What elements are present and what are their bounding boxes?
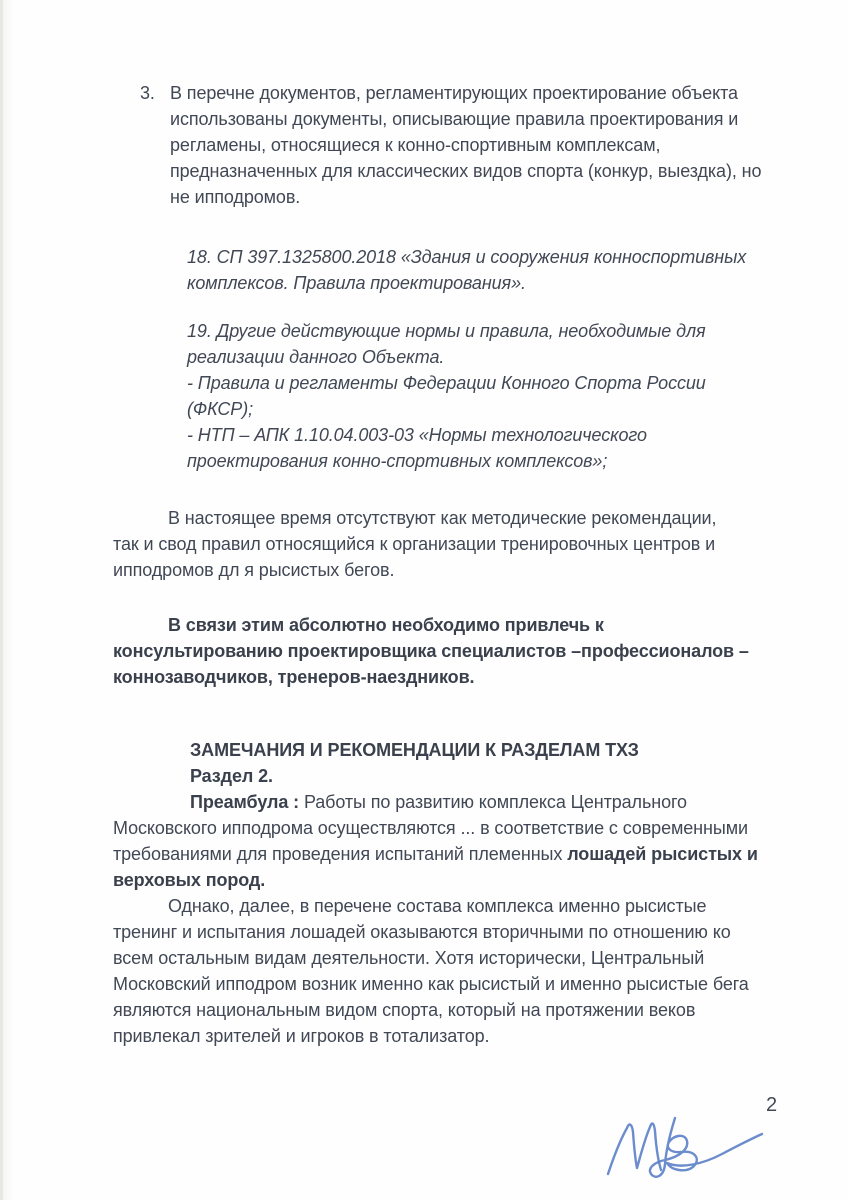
scan-edge-artifact xyxy=(0,0,3,1200)
paragraph-preambula: Преамбула : Работы по развитию комплекса… xyxy=(113,789,813,893)
list-item-3: 3. В перечне документов, регламентирующи… xyxy=(140,80,813,210)
quoted-norm-18: 18. СП 397.1325800.2018 «Здания и сооруж… xyxy=(187,244,813,296)
list-item-text: В перечне документов, регламентирующих п… xyxy=(170,80,813,210)
preambula-label: Преамбула : xyxy=(190,792,304,812)
subsection-heading: Раздел 2. xyxy=(190,763,813,789)
handwritten-signature-icon xyxy=(596,1096,768,1180)
document-page: 3. В перечне документов, регламентирующи… xyxy=(0,0,849,1200)
paragraph-current-state: В настоящее время отсутствуют как методи… xyxy=(113,505,813,583)
section-heading: ЗАМЕЧАНИЯ И РЕКОМЕНДАЦИИ К РАЗДЕЛАМ ТХЗ xyxy=(190,737,813,763)
signature-stroke-b xyxy=(650,1118,762,1177)
quoted-norm-19: 19. Другие действующие нормы и правила, … xyxy=(187,318,813,474)
paragraph-odnako: Однако, далее, в перечене состава компле… xyxy=(113,893,813,1049)
paragraph-recommendation-bold: В связи этим абсолютно необходимо привле… xyxy=(113,612,813,690)
document-body: 3. В перечне документов, регламентирующи… xyxy=(113,80,813,1049)
list-item-number: 3. xyxy=(140,80,170,210)
